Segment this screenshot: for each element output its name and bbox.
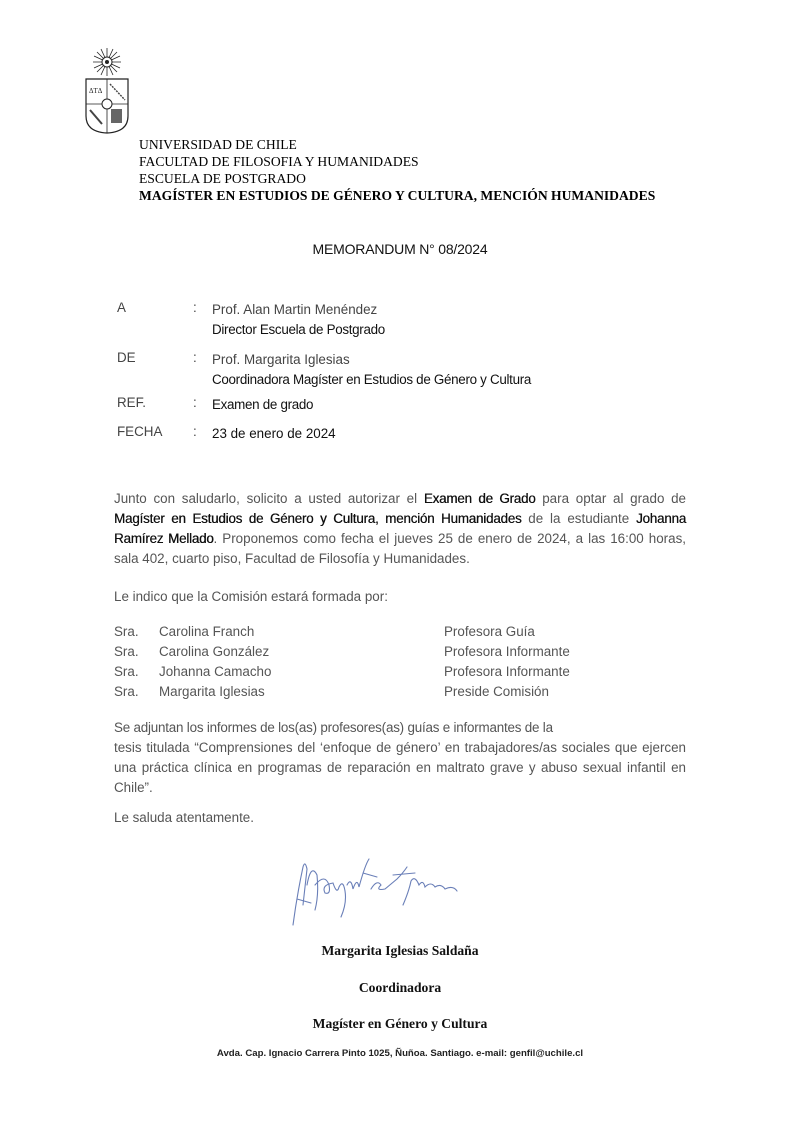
footer-address: Avda. Cap. Ignacio Carrera Pinto 1025, Ñ… xyxy=(0,1048,800,1059)
request-paragraph: Junto con saludarlo, solicito a usted au… xyxy=(114,489,686,569)
field-from-label: DE xyxy=(117,350,136,365)
field-to-label: A xyxy=(117,300,126,315)
closing-greeting: Le saluda atentamente. xyxy=(114,808,686,828)
degree-highlight: Magíster en Estudios de Género y Cultura… xyxy=(114,511,521,526)
member-name: Carolina Franch xyxy=(159,622,254,642)
field-colon: : xyxy=(193,300,197,315)
signatory-program: Magíster en Género y Cultura xyxy=(0,1016,800,1032)
thesis-title-text: tesis titulada “Comprensiones del ‘enfoq… xyxy=(114,738,686,798)
member-title: Sra. xyxy=(114,682,139,702)
field-date-value: 23 de enero de 2024 xyxy=(212,424,336,444)
signatory-role: Coordinadora xyxy=(0,980,800,996)
university-crest-icon: ΔTΔ xyxy=(80,46,134,134)
paragraph-text: de la estudiante xyxy=(521,511,636,526)
university-name: UNIVERSIDAD DE CHILE xyxy=(139,136,655,153)
exam-highlight: Examen de Grado xyxy=(424,491,536,506)
field-from-role: Coordinadora Magíster en Estudios de Gén… xyxy=(212,370,531,390)
member-title: Sra. xyxy=(114,622,139,642)
member-title: Sra. xyxy=(114,662,139,682)
faculty-name: FACULTAD DE FILOSOFIA Y HUMANIDADES xyxy=(139,153,655,170)
attachments-paragraph: Se adjuntan los informes de los(as) prof… xyxy=(114,718,686,798)
memo-title: MEMORANDUM N° 08/2024 xyxy=(0,241,800,257)
member-role: Profesora Informante xyxy=(444,642,570,662)
signature-icon xyxy=(285,855,470,930)
member-title: Sra. xyxy=(114,642,139,662)
commission-intro: Le indico que la Comisión estará formada… xyxy=(114,587,686,607)
attachments-line: Se adjuntan los informes de los(as) prof… xyxy=(114,718,686,738)
field-to-role: Director Escuela de Postgrado xyxy=(212,320,385,340)
field-from-name: Prof. Margarita Iglesias xyxy=(212,350,531,370)
member-role: Profesora Guía xyxy=(444,622,535,642)
svg-text:ΔTΔ: ΔTΔ xyxy=(89,87,103,95)
field-to-name: Prof. Alan Martin Menéndez xyxy=(212,300,385,320)
field-colon: : xyxy=(193,424,197,439)
signatory-name: Margarita Iglesias Saldaña xyxy=(0,943,800,959)
member-role: Preside Comisión xyxy=(444,682,549,702)
field-colon: : xyxy=(193,395,197,410)
handwritten-signature xyxy=(285,855,470,930)
field-ref-value: Examen de grado xyxy=(212,395,313,415)
member-name: Margarita Iglesias xyxy=(159,682,265,702)
member-name: Johanna Camacho xyxy=(159,662,271,682)
paragraph-text: para optar al grado de xyxy=(536,491,686,506)
university-logo: ΔTΔ xyxy=(80,46,134,134)
field-date-label: FECHA xyxy=(117,424,162,439)
school-name: ESCUELA DE POSTGRADO xyxy=(139,170,655,187)
member-role: Profesora Informante xyxy=(444,662,570,682)
paragraph-text: Junto con saludarlo, solicito a usted au… xyxy=(114,491,424,506)
institution-header: UNIVERSIDAD DE CHILE FACULTAD DE FILOSOF… xyxy=(139,136,655,204)
member-name: Carolina González xyxy=(159,642,269,662)
field-colon: : xyxy=(193,350,197,365)
field-ref-label: REF. xyxy=(117,395,146,410)
program-name: MAGÍSTER EN ESTUDIOS DE GÉNERO Y CULTURA… xyxy=(139,187,655,204)
